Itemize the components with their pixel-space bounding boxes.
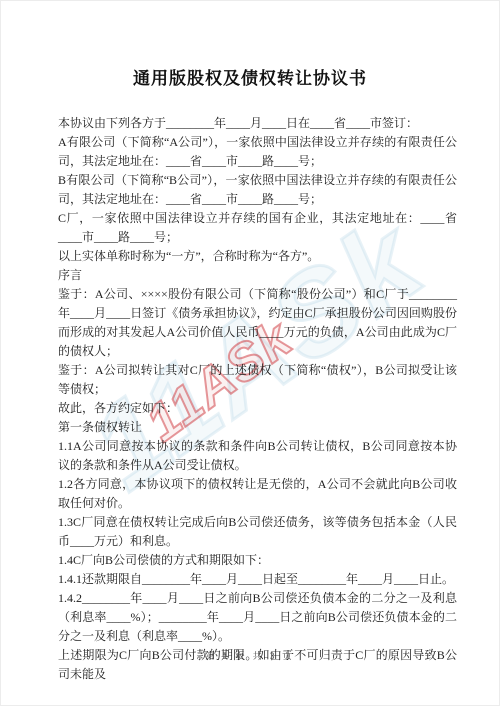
document-body: 通用版股权及债权转让协议书 本协议由下列各方于________年____月___…	[1, 64, 499, 684]
paragraph: 1.1A公司同意按本协议的条款和条件向B公司转让债权，B公司同意按本协议的条款和…	[58, 437, 457, 475]
document-content: 本协议由下列各方于________年____月____日在____省____市签…	[58, 114, 457, 684]
paragraph: 1.4C厂向B公司偿债的方式和期限如下：	[58, 551, 457, 570]
document-page: 11ASk 11ASk 通用版股权及债权转让协议书 本协议由下列各方于_____…	[0, 0, 500, 706]
paragraph: A有限公司（下简称“A公司”），一家依照中国法律设立并存续的有限责任公司，其法定…	[58, 133, 457, 171]
paragraph: 本协议由下列各方于________年____月____日在____省____市签…	[58, 114, 457, 133]
paragraph: 故此，各方约定如下：	[58, 399, 457, 418]
page-number: 第 1 页 共 3 页	[1, 649, 499, 662]
paragraph: 1.2各方同意，本协议项下的债权转让是无偿的，A公司不会就此向B公司收取任何对价…	[58, 475, 457, 513]
paragraph: 第一条债权转让	[58, 418, 457, 437]
paragraph: 鉴于：A公司、××××股份有限公司（下简称“股份公司”）和C厂于________…	[58, 285, 457, 361]
paragraph: 鉴于：A公司拟转让其对C厂的上述债权（下简称“债权”），B公司拟受让该等债权；	[58, 361, 457, 399]
paragraph: 1.3C厂同意在债权转让完成后向B公司偿还债务，该等债务包括本金（人民币____…	[58, 513, 457, 551]
paragraph: C厂，一家依照中国法律设立并存续的国有企业，其法定地址在：____省____市_…	[58, 209, 457, 247]
paragraph: 1.4.1还款期限自________年____月____日起至________年…	[58, 570, 457, 589]
paragraph: 序言	[58, 266, 457, 285]
paragraph: B有限公司（下简称“B公司”），一家依照中国法律设立并存续的有限责任公司，其法定…	[58, 171, 457, 209]
paragraph: 1.4.2________年____月____日之前向B公司偿还负债本金的二分之…	[58, 589, 457, 646]
document-title: 通用版股权及债权转让协议书	[1, 64, 499, 89]
paragraph: 以上实体单称时称为“一方”，合称时称为“各方”。	[58, 247, 457, 266]
